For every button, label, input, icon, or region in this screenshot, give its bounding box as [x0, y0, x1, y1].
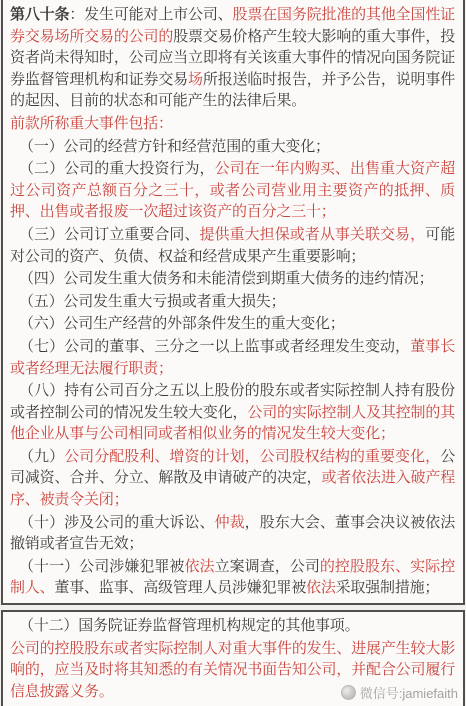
- paragraph: 前款所称重大事件包括：: [10, 113, 455, 135]
- paragraph: （三）公司订立重要合同、提供重大担保或者从事关联交易，可能对公司的资产、负债、权…: [10, 224, 455, 267]
- text-segment: 仲裁: [215, 514, 245, 531]
- text-segment: （一）公司的经营方针和经营范围的重大变化；: [19, 138, 330, 155]
- text-segment: （二）公司的重大投资行为，: [19, 160, 215, 177]
- paragraph: （十二）国务院证券监督管理机构规定的其他事项。: [10, 615, 455, 637]
- text-segment: （三）公司订立重要合同、: [19, 226, 200, 243]
- text-segment: 公司分配股利、增资的计划，公司股权结构的重要变化，: [64, 448, 440, 465]
- paragraph: （十一）公司涉嫌犯罪被依法立案调查，公司的控股股东、实际控制人、董事、监事、高级…: [10, 556, 455, 599]
- paragraph: （七）公司的董事、三分之一以上监事或者经理发生变动，董事长或者经理无法履行职责；: [10, 336, 455, 379]
- paragraph: （八）持有公司百分之五以上股份的股东或者实际控制人持有股份或者控制公司的情况发生…: [10, 380, 455, 445]
- text-segment: 采取强制措施；: [336, 579, 440, 596]
- text-segment: 提供重大担保或者从事关联交易，: [200, 226, 426, 243]
- text-segment: （七）公司的董事、三分之一以上监事或者经理发生变动，: [19, 338, 410, 355]
- watermark-label: 微信号:jamiefaith: [360, 683, 458, 702]
- watermark: 微信号:jamiefaith: [341, 683, 458, 702]
- paragraph: （九）公司分配股利、增资的计划，公司股权结构的重要变化，公司减资、合并、分立、解…: [10, 446, 455, 511]
- paragraph: （五）公司发生重大亏损或者重大损失；: [10, 291, 455, 313]
- paragraph: （六）公司生产经营的外部条件发生的重大变化；: [10, 313, 455, 335]
- text-segment: （九）: [19, 448, 64, 465]
- document-boxes: 第八十条：发生可能对上市公司、股票在国务院批准的其他全国性证券交易场所交易的公司…: [0, 0, 466, 706]
- paragraph: （十）涉及公司的重大诉讼、仲裁，股东大会、董事会决议被依法撤销或者宣告无效；: [10, 512, 455, 555]
- text-segment: 依法: [306, 579, 336, 596]
- text-segment: 前款所称重大事件包括：: [10, 115, 173, 132]
- text-segment: （五）公司发生重大亏损或者重大损失；: [19, 293, 285, 310]
- paragraph: （四）公司发生重大债务和未能清偿到期重大债务的违约情况；: [10, 268, 455, 290]
- paragraph: （一）公司的经营方针和经营范围的重大变化；: [10, 136, 455, 158]
- text-segment: （十）涉及公司的重大诉讼、: [19, 514, 215, 531]
- wechat-icon: [341, 685, 356, 700]
- paragraph: （二）公司的重大投资行为，公司在一年内购买、出售重大资产超过公司资产总额百分之三…: [10, 158, 455, 223]
- text-segment: （六）公司生产经营的外部条件发生的重大变化；: [19, 315, 345, 332]
- text-segment: （四）公司发生重大债务和未能清偿到期重大债务的违约情况；: [19, 270, 433, 287]
- paragraph: 第八十条：发生可能对上市公司、股票在国务院批准的其他全国性证券交易场所交易的公司…: [10, 4, 455, 112]
- text-segment: （十一）公司涉嫌犯罪被: [19, 558, 184, 575]
- text-segment: 第八十条: [10, 6, 69, 23]
- text-segment: 立案调查，公司: [215, 558, 320, 575]
- text-segment: 场: [188, 71, 203, 88]
- text-segment: （十二）国务院证券监督管理机构规定的其他事项。: [19, 617, 359, 634]
- article-main-box: 第八十条：发生可能对上市公司、股票在国务院批准的其他全国性证券交易场所交易的公司…: [1, 0, 465, 605]
- text-segment: 董事、监事、高级管理人员涉嫌犯罪被: [54, 579, 306, 596]
- text-segment: ：发生可能对上市公司、: [69, 6, 232, 23]
- document-page: 第八十条：发生可能对上市公司、股票在国务院批准的其他全国性证券交易场所交易的公司…: [0, 0, 466, 706]
- text-segment: 依法: [184, 558, 214, 575]
